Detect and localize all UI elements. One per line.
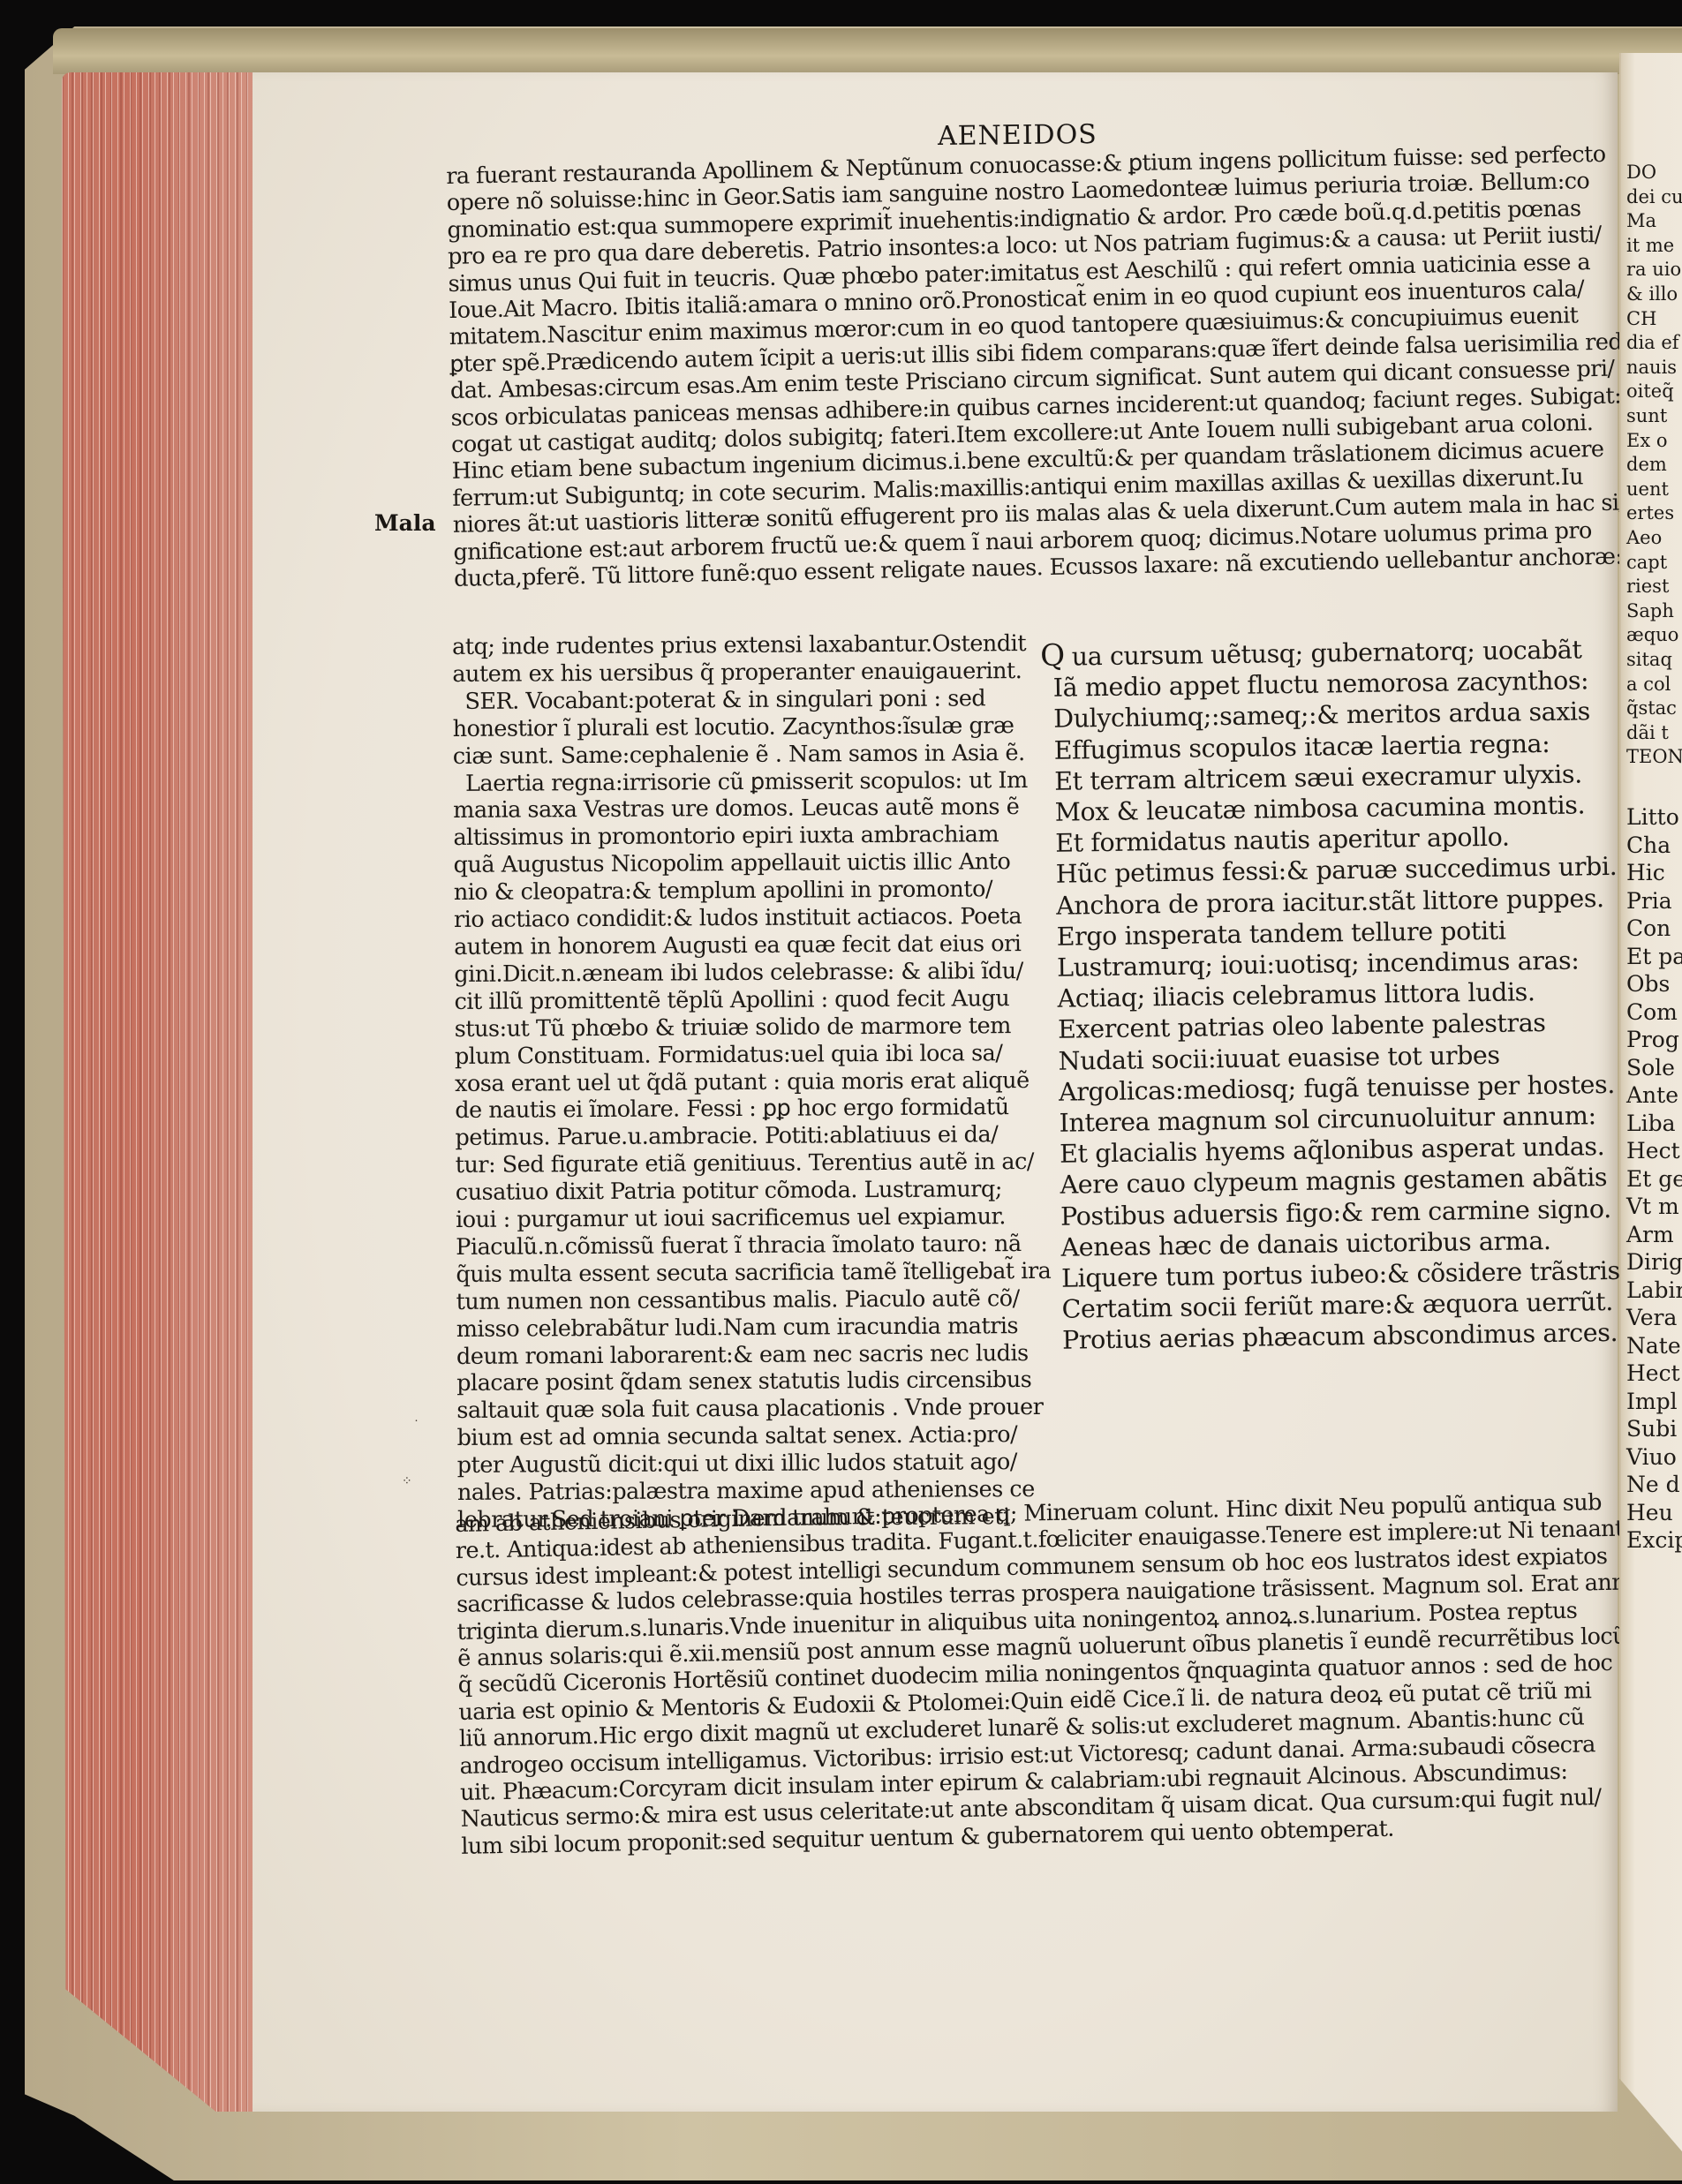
text-line: xosa erant uel ut q̃dã putant : quia mor… [455,1066,1050,1097]
text-line: altissimus in promontorio epiri iuxta am… [453,821,1048,852]
commentary-bottom-block: am ab atheniensibus originem trahunt:pro… [455,1488,1656,1860]
marginal-note: Mala [374,510,436,536]
text-line: tur: Sed figurate etiã genitiuus. Terent… [456,1148,1051,1179]
commentary-left-column: atq; inde rudentes prius extensi laxaban… [452,630,1052,1534]
next-page-fragment: Ma [1626,209,1656,234]
next-page-fragment: a col [1626,673,1671,697]
next-page-fragment: TEON [1626,745,1682,770]
running-head: AENEIDOS [938,119,1097,152]
next-page-fragment: oiteq̃ [1626,380,1674,404]
text-line: gini.Dicit.n.æneam ibi ludos celebrasse:… [454,958,1049,989]
next-page-fragment: DO [1626,161,1656,185]
adjacent-right-page: DOdei cuMait mera uio& illoCHdia efnauis… [1619,53,1682,2163]
next-page-fragment: sitaq [1626,648,1672,673]
next-page-fragment: capt [1626,551,1667,576]
next-page-verse-fragment: Labir [1626,1277,1682,1304]
next-page-fragment: dia ef [1626,331,1679,356]
next-page-verse-fragment: Prog [1626,1026,1679,1053]
next-page-verse-fragment: Ante [1626,1081,1678,1109]
next-page-verse-fragment: Heu [1626,1499,1673,1526]
text-line: rio actiaco condidit:& ludos instituit a… [454,903,1049,934]
text-line: Piaculũ.n.cõmissũ fuerat ĩ thracia ĩmola… [456,1231,1051,1261]
text-line: bium est ad omnia secunda saltat senex. … [456,1421,1052,1452]
commentary-top-block: ra fuerant restauranda Apollinem & Neptũ… [446,140,1627,592]
next-page-fragment: Ex o [1626,429,1668,454]
text-line: pter Augustũ dicit:qui ut dixi illic lud… [457,1449,1052,1480]
text-line: q̃uis multa essent secuta sacrificia tam… [456,1258,1051,1289]
next-page-fragment: uent [1626,478,1669,502]
next-page-verse-fragment: Vera [1626,1304,1677,1331]
text-line: SER. Vocabant:poterat & in singulari pon… [452,685,1047,716]
next-page-fragment: it me [1626,234,1674,259]
next-page-verse-fragment: Pria [1626,887,1672,915]
text-line: cusatiuo dixit Patria potitur cõmoda. Lu… [456,1176,1051,1207]
next-page-verse-fragment: Litto [1626,803,1679,831]
next-page-verse-fragment: Et ge [1626,1165,1682,1193]
text-line: cit illũ promittentẽ tẽplũ Apollini : qu… [454,985,1049,1016]
next-page-verse-fragment: Liba [1626,1110,1676,1137]
next-page-verse-fragment: Hect [1626,1359,1680,1387]
text-line: saltauit quæ sola fuit causa placationis… [456,1394,1052,1425]
text-line: stus:ut Tũ phœbo & triuiæ solido de marm… [455,1013,1050,1043]
text-line: misso celebrabãtur ludi.Nam cum iracundi… [456,1313,1052,1344]
text-line: plum Constituam. Formidatus:uel quia ibi… [455,1039,1050,1070]
text-line: quã Augustus Nicopolim appellauit uictis… [454,848,1049,879]
next-page-verse-fragment: Excip [1626,1526,1682,1554]
next-page-verse-fragment: Con [1626,915,1671,942]
next-page-fragment: CH [1626,307,1656,332]
next-page-verse-fragment: Cha [1626,832,1671,859]
text-line: tum numen non cessantibus malis. Piaculo… [456,1285,1052,1316]
red-stained-fore-edge [62,72,254,2112]
next-page-fragment: ertes [1626,501,1674,526]
next-page-fragment: & illo [1626,282,1678,307]
text-line: ciæ sunt. Same:cephalenie ẽ . Nam samos … [453,740,1048,771]
next-page-verse-fragment: Impl [1626,1388,1678,1415]
next-page-verse-fragment: Com [1626,998,1678,1026]
next-page-fragment: q̃stac [1626,697,1677,721]
text-line: mania saxa Vestras ure domos. Leucas aut… [453,794,1048,825]
next-page-verse-fragment: Viuo [1626,1443,1677,1471]
next-page-verse-fragment: Ne d [1626,1471,1680,1498]
next-page-verse-fragment: Subi [1626,1415,1677,1442]
next-page-verse-fragment: Dirig [1626,1248,1682,1276]
text-line: autem in honorem Augusti ea quæ fecit da… [454,930,1049,961]
next-page-verse-fragment: Nate [1626,1332,1681,1359]
next-page-verse-fragment: Vt m [1626,1193,1679,1220]
next-page-fragment: Aeo [1626,526,1662,551]
next-page-verse-fragment: Et pa [1626,943,1682,970]
verse-block: Qua cursum uẽtusq; gubernatorq; uocabãt … [1040,633,1624,1357]
ink-speck: ˙ [413,1419,419,1433]
next-page-verse-fragment: Sole [1626,1054,1675,1081]
text-line: ioui : purgamur ut ioui sacrificemus uel… [456,1203,1051,1234]
next-page-verse-fragment: Arm [1626,1221,1674,1248]
next-page-fragment: Saph [1626,599,1674,624]
next-page-fragment: dãi t [1626,721,1669,746]
next-page-fragment: æquo [1626,623,1678,648]
next-page-verse-fragment: Hic [1626,859,1665,886]
next-page-fragment: riest [1626,575,1669,599]
next-page-fragment: nauis [1626,356,1677,380]
text-line: petimus. Parue.u.ambracie. Potiti:ablati… [455,1121,1050,1152]
ink-speck: ⁘ [402,1474,412,1488]
text-line: autem ex his uersibus q̃ properanter ena… [452,658,1047,689]
text-line: atq; inde rudentes prius extensi laxaban… [452,630,1047,661]
next-page-fragment: sunt [1626,404,1667,429]
text-line: nio & cleopatra:& templum apollini in pr… [454,876,1049,907]
binding-top-edge [53,28,1682,74]
next-page-verse-fragment: Hect [1626,1137,1680,1164]
verse-initial: Q [1040,638,1072,674]
text-line: honestior ĩ plurali est locutio. Zacynth… [453,712,1048,743]
next-page-verse-fragment: Obs [1626,970,1670,998]
text-line: Laertia regna:irrisorie cũ ꝑmisserit sco… [453,766,1048,797]
next-page-fragment: ra uio [1626,258,1681,282]
text-line: placare posint q̃dam senex statutis ludi… [456,1367,1052,1397]
next-page-fragment: dem [1626,453,1667,478]
text-line: deum romani laborarent:& eam nec sacris … [456,1339,1052,1370]
next-page-fragment: dei cu [1626,185,1682,210]
text-line: de nautis ei ĩmolare. Fessi : ꝑꝑ hoc erg… [455,1094,1050,1125]
